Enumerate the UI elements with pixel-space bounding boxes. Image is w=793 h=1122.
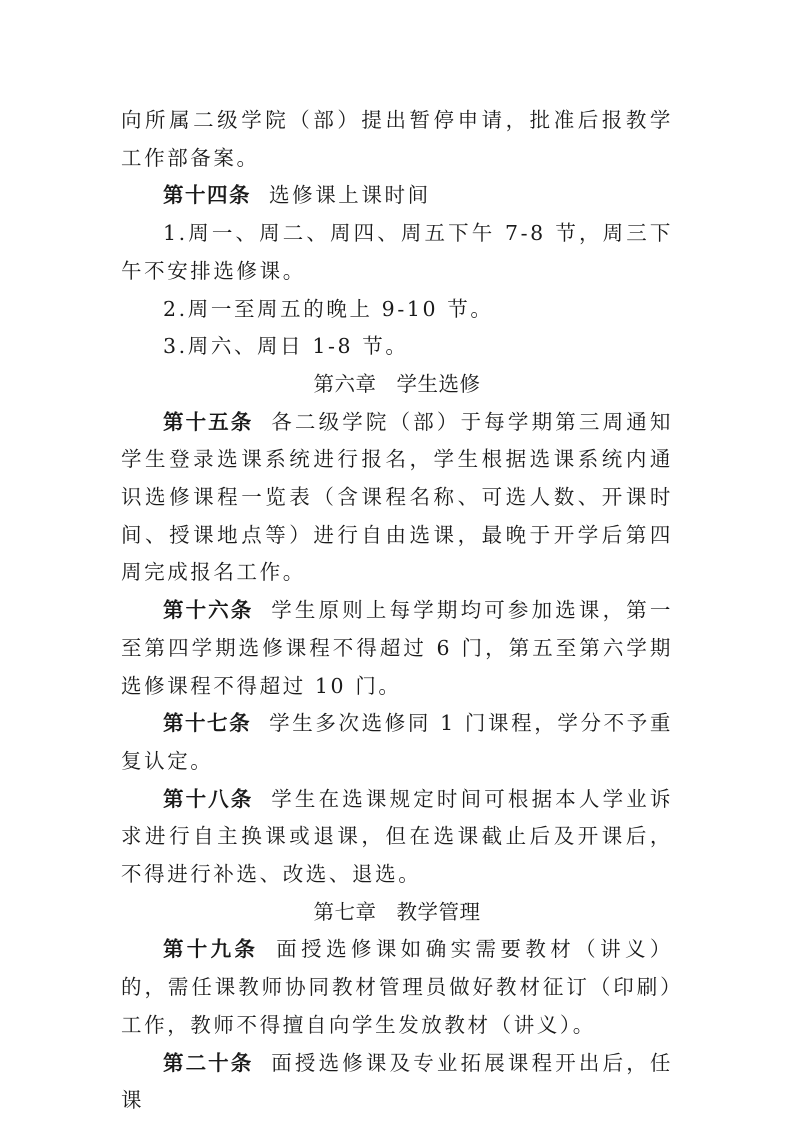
continuation-paragraph: 向所属二级学院（部）提出暂停申请，批准后报教学工作部备案。 <box>121 102 673 177</box>
article-17: 第十七条学生多次选修同 1 门课程，学分不予重复认定。 <box>121 705 673 780</box>
article-15: 第十五条各二级学院（部）于每学期第三周通知学生登录选课系统进行报名，学生根据选课… <box>121 404 673 593</box>
article-14-item-2: 2.周一至周五的晚上 9-10 节。 <box>121 291 673 329</box>
article-16: 第十六条学生原则上每学期均可参加选课，第一至第四学期选修课程不得超过 6 门，第… <box>121 592 673 705</box>
article-14-item-3: 3.周六、周日 1-8 节。 <box>121 328 673 366</box>
chapter-6-heading: 第六章学生选修 <box>121 366 673 404</box>
article-20-label: 第二十条 <box>163 1051 253 1075</box>
chapter-7-heading: 第七章教学管理 <box>121 894 673 932</box>
article-14: 第十四条选修课上课时间 <box>121 177 673 215</box>
article-14-title: 选修课上课时间 <box>269 183 431 207</box>
article-16-label: 第十六条 <box>163 598 253 622</box>
chapter-6-number: 第六章 <box>314 372 377 396</box>
article-17-label: 第十七条 <box>163 711 251 735</box>
document-page: 向所属二级学院（部）提出暂停申请，批准后报教学工作部备案。 第十四条选修课上课时… <box>121 102 673 1120</box>
article-19-label: 第十九条 <box>163 937 258 961</box>
article-20: 第二十条面授选修课及专业拓展课程开出后，任课 <box>121 1045 673 1120</box>
article-14-label: 第十四条 <box>163 183 251 207</box>
article-14-item-1: 1.周一、周二、周四、周五下午 7-8 节，周三下午不安排选修课。 <box>121 215 673 290</box>
chapter-6-title: 学生选修 <box>397 372 481 396</box>
article-15-text: 各二级学院（部）于每学期第三周通知学生登录选课系统进行报名，学生根据选课系统内通… <box>121 410 673 585</box>
chapter-7-number: 第七章 <box>314 900 377 924</box>
article-15-label: 第十五条 <box>163 410 253 434</box>
chapter-7-title: 教学管理 <box>397 900 481 924</box>
article-19: 第十九条面授选修课如确实需要教材（讲义）的，需任课教师协同教材管理员做好教材征订… <box>121 931 673 1044</box>
article-18-label: 第十八条 <box>163 787 253 811</box>
article-18: 第十八条学生在选课规定时间可根据本人学业诉求进行自主换课或退课，但在选课截止后及… <box>121 781 673 894</box>
